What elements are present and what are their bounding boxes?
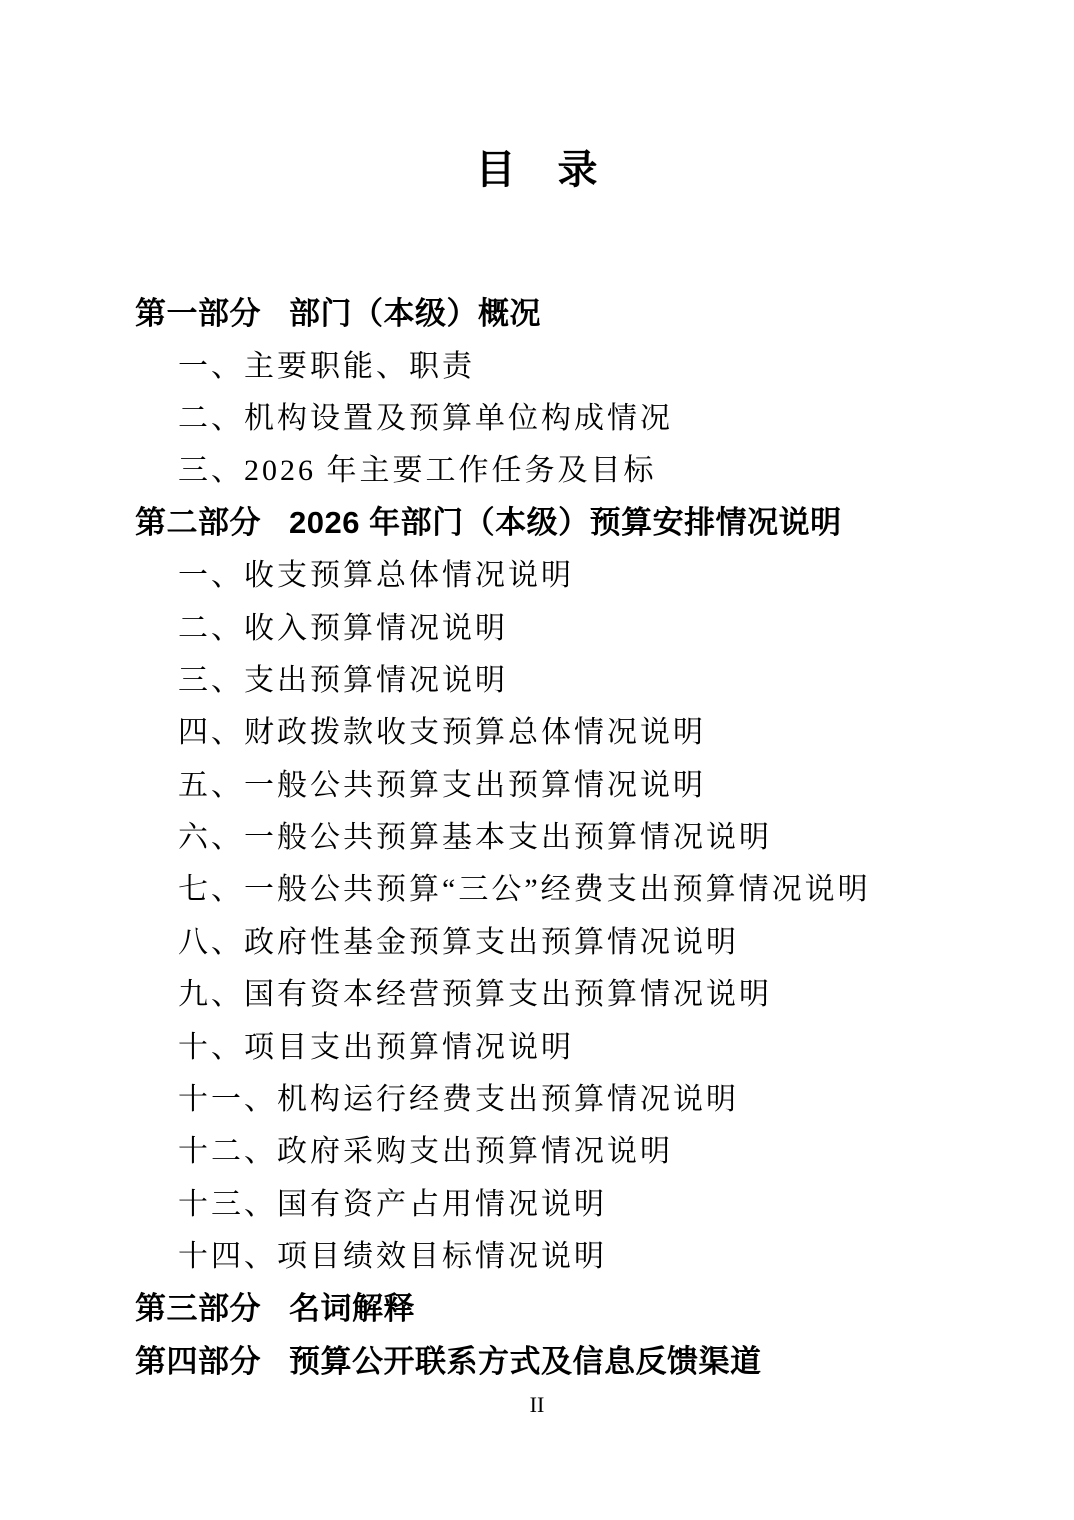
page-title: 目 录: [0, 150, 1074, 190]
toc-part-label: 第二部分: [135, 497, 261, 542]
toc-part-label: 第四部分: [135, 1336, 261, 1381]
toc-item: 四、财政拨款收支预算总体情况说明: [135, 703, 994, 755]
toc-item: 十三、国有资产占用情况说明: [135, 1175, 994, 1227]
toc-part-title: 2026 年部门（本级）预算安排情况说明: [289, 497, 842, 542]
toc-item: 三、支出预算情况说明: [135, 651, 994, 703]
toc-part-heading: 第三部分名词解释: [135, 1279, 994, 1331]
toc-item: 六、一般公共预算基本支出预算情况说明: [135, 808, 994, 860]
toc-item: 五、一般公共预算支出预算情况说明: [135, 756, 994, 808]
toc-part-label: 第三部分: [135, 1283, 261, 1328]
toc-item: 十、项目支出预算情况说明: [135, 1017, 994, 1069]
toc-item: 二、机构设置及预算单位构成情况: [135, 389, 994, 441]
toc-item: 一、收支预算总体情况说明: [135, 546, 994, 598]
toc-item: 十四、项目绩效目标情况说明: [135, 1227, 994, 1279]
toc-part-heading: 第四部分预算公开联系方式及信息反馈渠道: [135, 1332, 994, 1384]
toc-list: 第一部分部门（本级）概况一、主要职能、职责二、机构设置及预算单位构成情况三、20…: [135, 284, 994, 1384]
toc-item: 一、主要职能、职责: [135, 336, 994, 388]
toc-part-title: 预算公开联系方式及信息反馈渠道: [289, 1336, 762, 1381]
toc-part-title: 部门（本级）概况: [289, 288, 541, 333]
toc-item: 十一、机构运行经费支出预算情况说明: [135, 1070, 994, 1122]
toc-item: 二、收入预算情况说明: [135, 598, 994, 650]
toc-item: 十二、政府采购支出预算情况说明: [135, 1122, 994, 1174]
toc-item: 三、2026 年主要工作任务及目标: [135, 441, 994, 493]
toc-item: 八、政府性基金预算支出预算情况说明: [135, 913, 994, 965]
page-footer: II: [0, 1392, 1074, 1418]
toc-part-title: 名词解释: [289, 1283, 415, 1328]
toc-item: 九、国有资本经营预算支出预算情况说明: [135, 965, 994, 1017]
toc-part-label: 第一部分: [135, 288, 261, 333]
page-number: II: [530, 1392, 545, 1417]
toc-part-heading: 第二部分2026 年部门（本级）预算安排情况说明: [135, 494, 994, 546]
toc-part-heading: 第一部分部门（本级）概况: [135, 284, 994, 336]
document-page: 目 录 第一部分部门（本级）概况一、主要职能、职责二、机构设置及预算单位构成情况…: [0, 0, 1074, 1520]
toc-item: 七、一般公共预算“三公”经费支出预算情况说明: [135, 860, 994, 912]
